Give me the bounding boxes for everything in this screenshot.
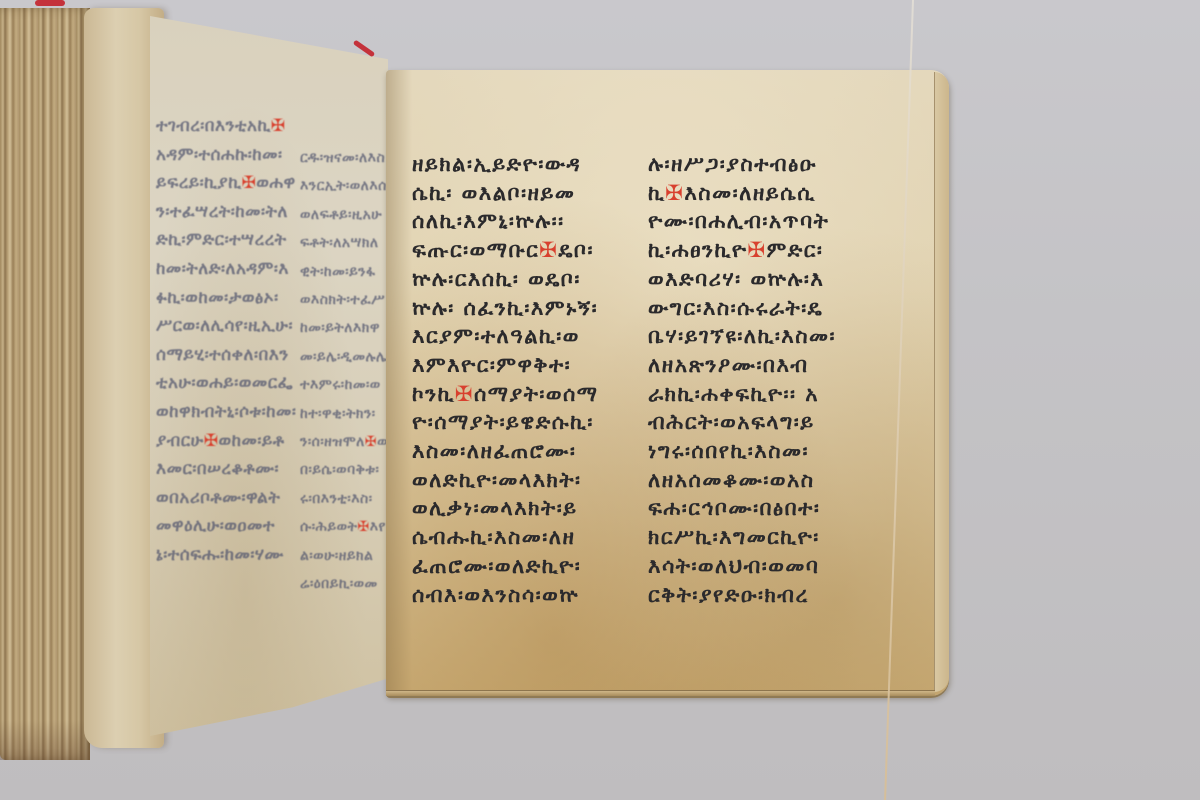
left-page-vellum: ተገብረ፡በእንቲአኪ✠ አዳም፡ተሰሐኩ፡ከመ፡ ይፍረይ፡ኪያኪ✠ወሐዋ ን…	[150, 16, 388, 736]
text-line: ራክኪ፡ሐቀፍኪዮ፡፡ አ	[648, 380, 836, 409]
showthrough-line: ከመ፡ይትለእክዋ	[300, 314, 388, 342]
text-line: ዮ፡ሰማያት፡ይዌድሱኪ፡	[412, 408, 599, 437]
bottom-edge	[386, 690, 935, 696]
showthrough-line: ድኪ፡ምድር፡ተሣረረት	[156, 226, 296, 255]
text-line: ዮሙ፡በሐሊብ፡አጥባት	[648, 207, 836, 236]
showthrough-line: ሰማይሂ፡ተሰቀለ፡በእን	[156, 341, 296, 370]
showthrough-line: ል፡ወሁ፡ዘይክል	[300, 542, 388, 570]
text-line: እስመ፡ለዘፈጠሮሙ፡	[412, 437, 599, 466]
showthrough-line: እንርኢት፡ወለእሰ	[300, 172, 388, 200]
rubric-cross-icon: ✠	[271, 116, 286, 136]
text-line: ሰብእ፡ወእንስሳ፡ወኵ	[412, 581, 599, 610]
gutter-shadow	[386, 70, 412, 696]
right-page-vellum: ዘይክል፡ኢይድዮ፡ውዳ ሴኪ፡ ወእልቦ፡ዘይመ ሰለኪ፡እምኒ፡ኵሉ፡፡ ፍ…	[386, 70, 949, 696]
text-line: ነግሩ፡ሰበየኪ፡እስመ፡	[648, 437, 836, 466]
text-line: ፈጠሮሙ፡ወለድኪዮ፡	[412, 552, 599, 581]
showthrough-line: ተገብረ፡በእንቲአኪ✠	[156, 112, 296, 141]
showthrough-line: ይፍረይ፡ኪያኪ✠ወሐዋ	[156, 169, 296, 198]
text-line: ዘይክል፡ኢይድዮ፡ውዳ	[412, 150, 599, 179]
fore-edge	[934, 72, 949, 692]
text-line: ሴብሑኪ፡እስመ፡ለዘ	[412, 523, 599, 552]
left-page-showthrough-column-2: ርዱ፡ዝናመ፡ለእስ እንርኢት፡ወለእሰ ወለፍቶይ፡ዚአሁ ፍቶት፡ለአሣክ…	[300, 144, 388, 599]
showthrough-line: ከመ፡ትለድ፡ለአዳም፡እ	[156, 255, 296, 284]
showthrough-line: መዋዕሊሁ፡ወዐመተ	[156, 512, 296, 541]
showthrough-line: ሩ፡በእንቲ፡እስ፡	[300, 485, 388, 513]
showthrough-line: ሥርወ፡ለሊሳየ፡ዚኢሁ፡	[156, 312, 296, 341]
text-line: እሳት፡ወለህብ፡ወመባ	[648, 552, 836, 581]
rubric-cross-icon: ✠	[748, 238, 767, 262]
showthrough-line: ወከዋክብትኒ፡ሶቱ፡ከመ፡	[156, 398, 296, 427]
rubric-cross-icon: ✠	[241, 173, 256, 193]
text-line: ለዘአጽንዖሙ፡በእብ	[648, 351, 836, 380]
showthrough-line: ቲአሁ፡ወሐይ፡ወመርፌ	[156, 369, 296, 398]
showthrough-line: ወበአሪቦቶሙ፡ዋልት	[156, 484, 296, 513]
text-column-1: ዘይክል፡ኢይድዮ፡ውዳ ሴኪ፡ ወእልቦ፡ዘይመ ሰለኪ፡እምኒ፡ኵሉ፡፡ ፍ…	[412, 150, 599, 609]
showthrough-line: ን፡ተፈሣረት፡ከመ፡ትለ	[156, 198, 296, 227]
showthrough-line: እመር፡በሠረቆቶሙ፡	[156, 455, 296, 484]
showthrough-line: በ፡ይሴ፡ወባቅቱ፡	[300, 456, 388, 484]
text-column-2: ሉ፡ዘሥጋ፡ያስተብፅዑ ኪ✠እስመ፡ለዘይሴሲ ዮሙ፡በሐሊብ፡አጥባት ኪ፡…	[648, 150, 836, 609]
showthrough-line: ወለፍቶይ፡ዚአሁ	[300, 201, 388, 229]
text-line: ፍሐ፡ርኅቦሙ፡በፅበተ፡	[648, 494, 836, 523]
text-line: ፍጡር፡ወማቡር✠ዴቦ፡	[412, 236, 599, 265]
showthrough-line: ወእስክት፡ተፈሥ	[300, 286, 388, 314]
text-block-page-edges	[0, 8, 90, 760]
text-line: ክርሥኪ፡እግመርኪዮ፡	[648, 523, 836, 552]
left-page-showthrough-column-1: ተገብረ፡በእንቲአኪ✠ አዳም፡ተሰሐኩ፡ከመ፡ ይፍረይ፡ኪያኪ✠ወሐዋ ን…	[156, 112, 296, 570]
rubric-cross-icon: ✠	[455, 382, 474, 406]
rubric-cross-icon: ✠	[539, 238, 558, 262]
text-line: ሉ፡ዘሥጋ፡ያስተብፅዑ	[648, 150, 836, 179]
text-line: ወእድባሪሃ፡ ወኵሉ፡እ	[648, 265, 836, 294]
showthrough-line: ከተ፡ዋቂ፡ትክን፡	[300, 400, 388, 428]
text-line: ሴኪ፡ ወእልቦ፡ዘይመ	[412, 179, 599, 208]
text-line: ሰለኪ፡እምኒ፡ኵሉ፡፡	[412, 207, 599, 236]
showthrough-line: አዳም፡ተሰሐኩ፡ከመ፡	[156, 141, 296, 170]
text-line: ቤሃ፡ይገኘዩ፡ለኪ፡እስመ፡	[648, 322, 836, 351]
text-line: ወሊቃነ፡መላእክት፡ይ	[412, 494, 599, 523]
text-line: ኪ፡ሐፀንኪዮ✠ምድር፡	[648, 236, 836, 265]
showthrough-line: ኔ፡ተሰፍሑ፡ከመ፡ሃሙ	[156, 541, 296, 570]
showthrough-line: መ፡ይሌ፡ዲመሉሌ	[300, 343, 388, 371]
showthrough-line: ያብርሁ✠ወከመ፡ይቶ	[156, 427, 296, 456]
text-line: ኮንኪ✠ሰማያት፡ወሰማ	[412, 380, 599, 409]
showthrough-line: ሬ፡ዕበይኪ፡ወመ	[300, 570, 388, 598]
rubric-cross-icon: ✠	[357, 519, 369, 535]
showthrough-line: ርዱ፡ዝናመ፡ለእስ	[300, 144, 388, 172]
text-line: ብሕርት፡ወአፍላግ፡ይ	[648, 408, 836, 437]
red-bookmark-thread-top	[35, 0, 65, 6]
showthrough-line: ን፡ሰ፡ዘዝሞለ✠ወ	[300, 428, 388, 456]
text-line: ኵሉ፡ ሰፈንኪ፡እምኑኝ፡	[412, 294, 599, 323]
rubric-cross-icon: ✠	[365, 434, 377, 450]
text-line: ውግር፡እስ፡ሱሩራት፡ዴ	[648, 294, 836, 323]
text-line: እርያም፡ተለዓልኪ፡ወ	[412, 322, 599, 351]
text-line: ወለድኪዮ፡መላእክት፡	[412, 466, 599, 495]
showthrough-line: ፍቶት፡ለአሣክለ	[300, 229, 388, 257]
rubric-cross-icon: ✠	[204, 431, 219, 451]
showthrough-line: ሱ፡ሕይወት✠እየ	[300, 513, 388, 541]
showthrough-line: ፉኪ፡ወከመ፡ታወፅኦ፡	[156, 284, 296, 313]
rubric-cross-icon: ✠	[665, 181, 684, 205]
text-line: ርቅት፡ያየድዑ፡ክብረ	[648, 581, 836, 610]
manuscript-photo: ተገብረ፡በእንቲአኪ✠ አዳም፡ተሰሐኩ፡ከመ፡ ይፍረይ፡ኪያኪ✠ወሐዋ ን…	[0, 0, 1200, 800]
showthrough-line: ዊት፡ከመ፡ይንፋ	[300, 258, 388, 286]
text-line: እምእዮር፡ምዋቅተ፡	[412, 351, 599, 380]
showthrough-line: ተእምሩ፡ከመ፡ወ	[300, 371, 388, 399]
text-line: ኪ✠እስመ፡ለዘይሴሲ	[648, 179, 836, 208]
text-line: ኵሉ፡ርእሰኪ፡ ወዴቦ፡	[412, 265, 599, 294]
text-line: ለዘአሰመቆሙ፡ወአስ	[648, 466, 836, 495]
